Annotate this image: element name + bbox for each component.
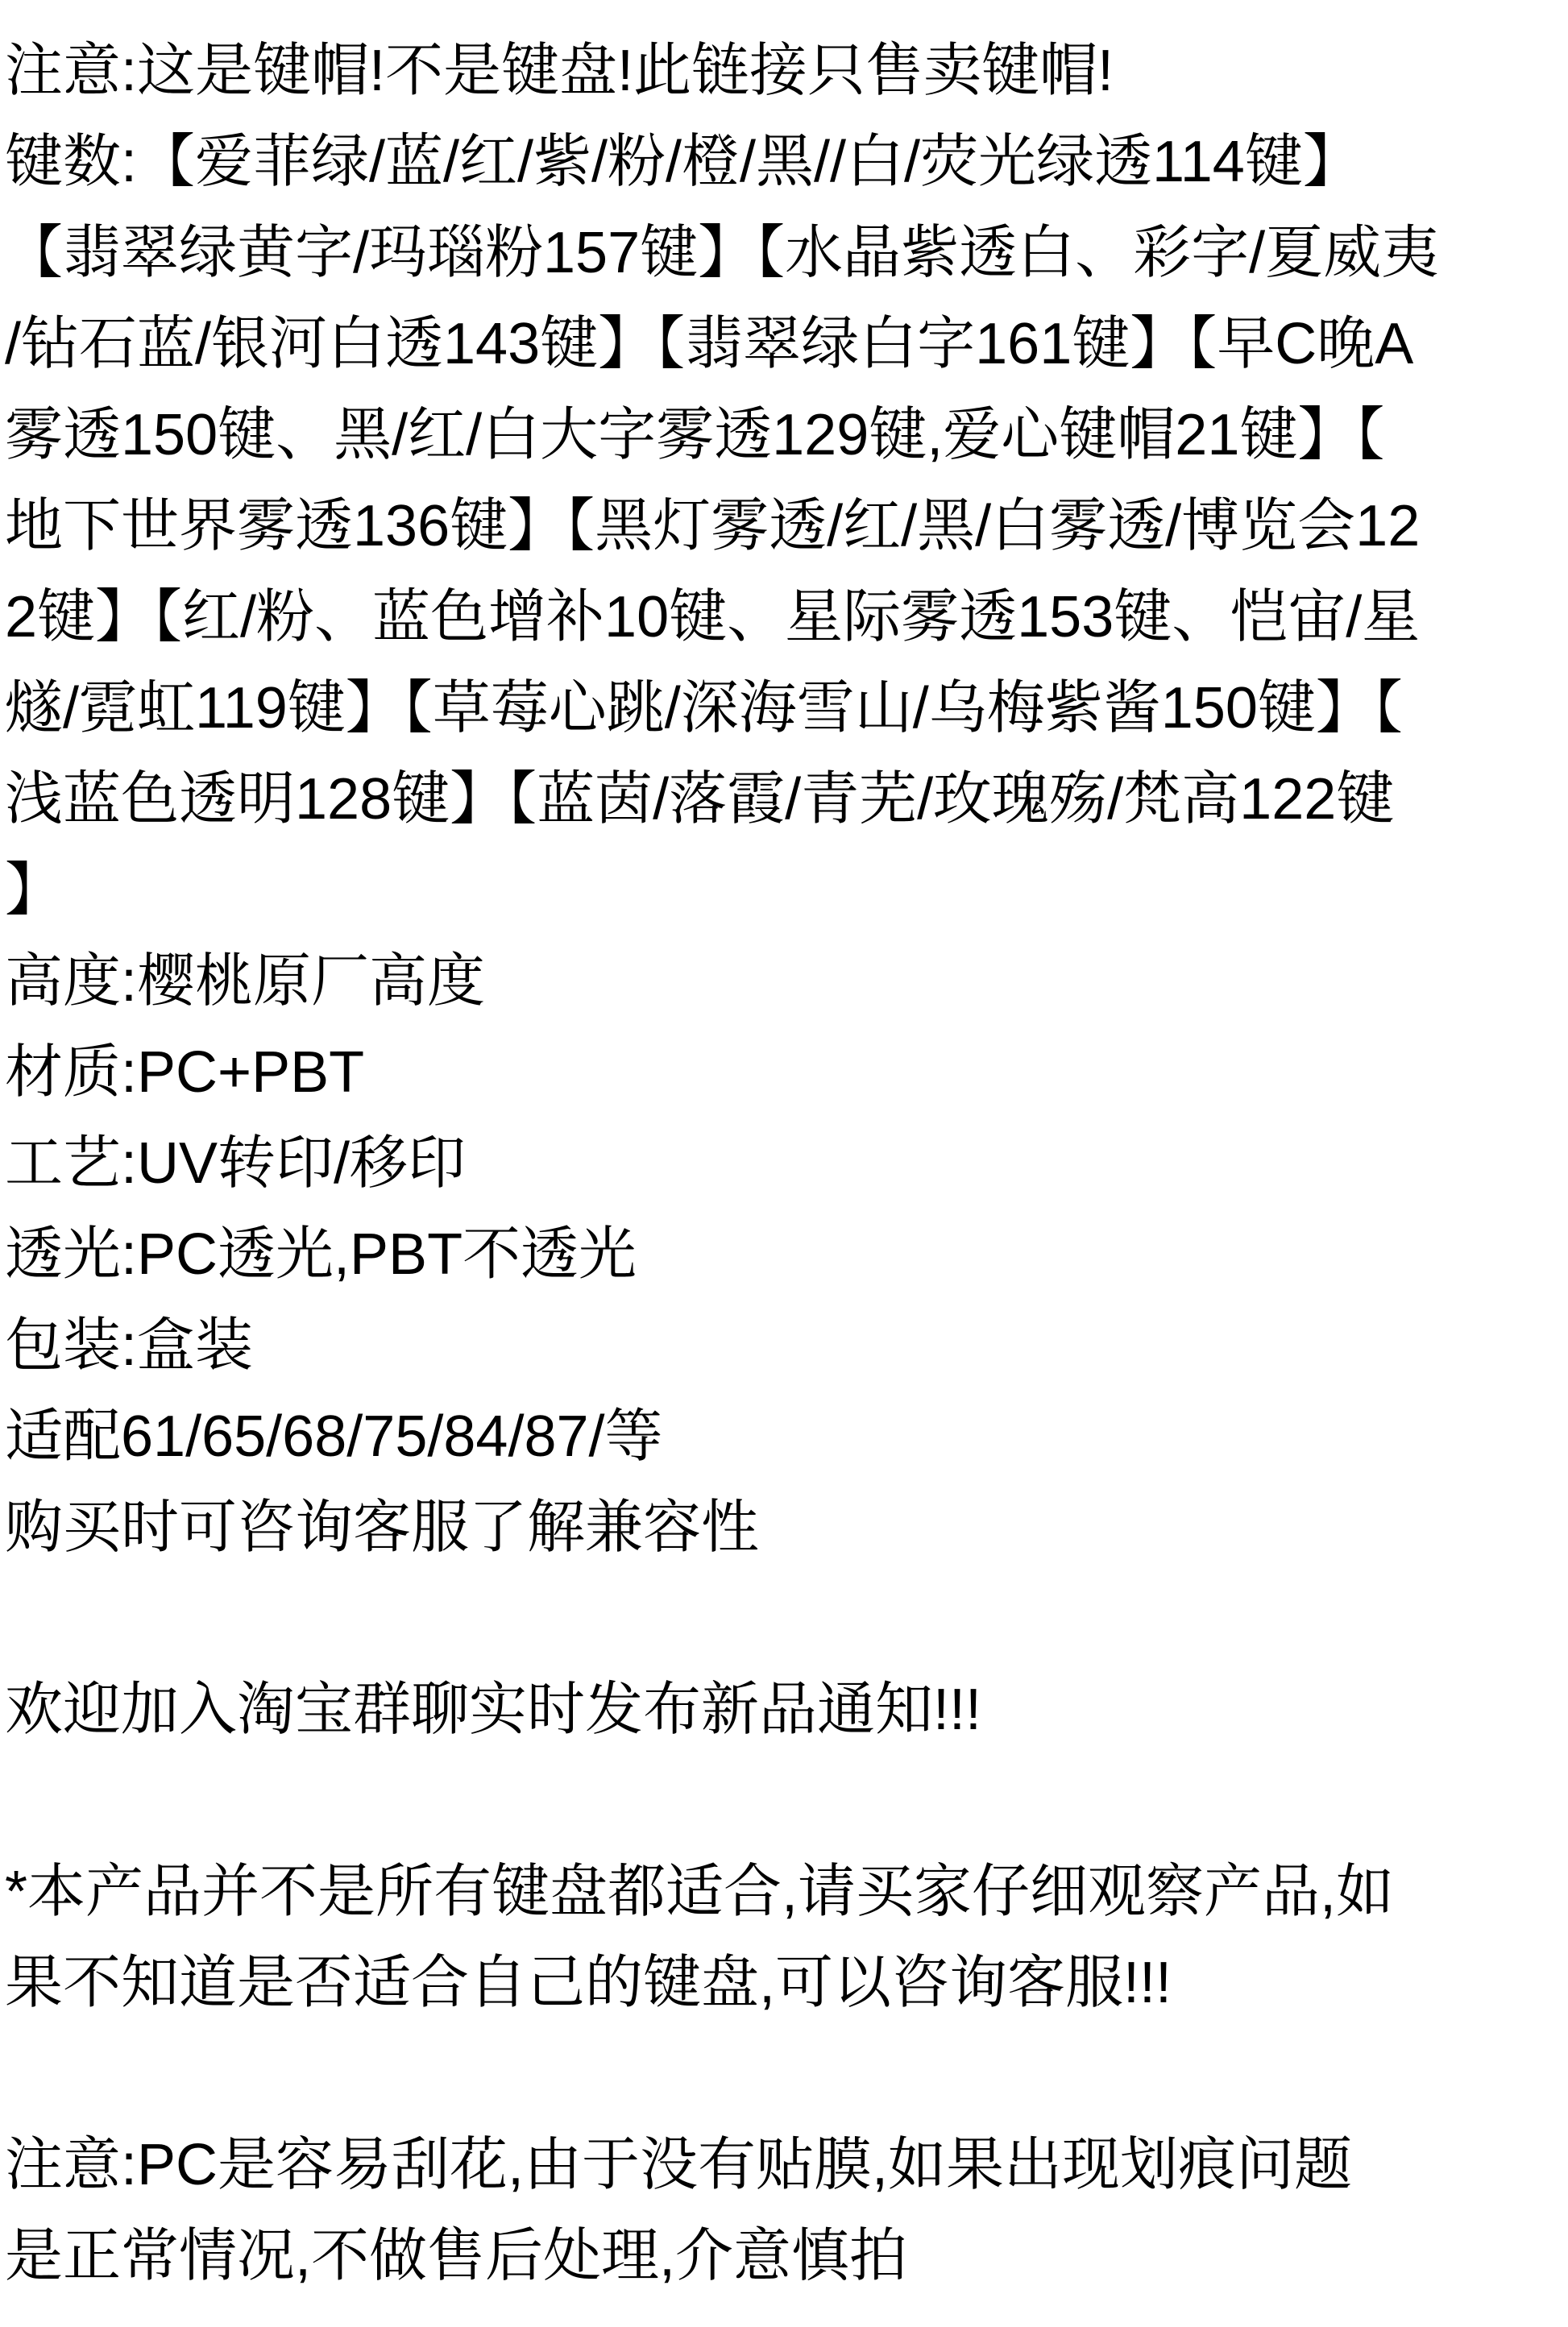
height-line: 高度:樱桃原厂高度 xyxy=(5,936,1563,1027)
section-scratch-warning: 注意:PC是容易刮花,由于没有贴膜,如果出现划痕问题 是正常情况,不做售后处理,… xyxy=(5,2120,1563,2302)
keycount-line: 地下世界雾透136键】【黑灯雾透/红/黑/白雾透/博览会12 xyxy=(5,481,1563,572)
group-invite-line: 欢迎加入淘宝群聊实时发布新品通知!!! xyxy=(5,1665,1563,1756)
material-line: 材质:PC+PBT xyxy=(5,1027,1563,1118)
keycount-line: /钻石蓝/银河白透143键】【翡翠绿白字161键】【早C晚A xyxy=(5,299,1563,390)
keycount-line: 】 xyxy=(5,845,1563,936)
keycount-line: 【翡翠绿黄字/玛瑙粉157键】【水晶紫透白、彩字/夏威夷 xyxy=(5,208,1563,299)
section-group-invite: 欢迎加入淘宝群聊实时发布新品通知!!! xyxy=(5,1665,1563,1756)
consult-line: 购买时可咨询客服了解兼容性 xyxy=(5,1483,1563,1574)
keycount-line: 燧/霓虹119键】【草莓心跳/深海雪山/乌梅紫酱150键】【 xyxy=(5,663,1563,754)
keycount-line: 雾透150键、黑/红/白大字雾透129键,爱心键帽21键】【 xyxy=(5,390,1563,481)
keycount-line: 2键】【红/粉、蓝色增补10键、星际雾透153键、恺宙/星 xyxy=(5,572,1563,663)
section-compatibility-warning: *本产品并不是所有键盘都适合,请买家仔细观察产品,如 果不知道是否适合自己的键盘… xyxy=(5,1847,1563,2029)
scratch-warning-line: 是正常情况,不做售后处理,介意慎拍 xyxy=(5,2211,1563,2302)
warning-line: 果不知道是否适合自己的键盘,可以咨询客服!!! xyxy=(5,1938,1563,2029)
section-specs: 注意:这是键帽!不是键盘!此链接只售卖键帽! 键数:【爱菲绿/蓝/红/紫/粉/橙… xyxy=(5,26,1563,1574)
warning-line: *本产品并不是所有键盘都适合,请买家仔细观察产品,如 xyxy=(5,1847,1563,1938)
process-line: 工艺:UV转印/移印 xyxy=(5,1118,1563,1209)
compatibility-line: 适配61/65/68/75/84/87/等 xyxy=(5,1392,1563,1483)
packaging-line: 包装:盒装 xyxy=(5,1300,1563,1392)
keycount-line: 浅蓝色透明128键】【蓝茵/落霞/青芜/玫瑰殇/梵高122键 xyxy=(5,754,1563,845)
keycount-line: 键数:【爱菲绿/蓝/红/紫/粉/橙/黑//白/荧光绿透114键】 xyxy=(5,117,1563,208)
notice-line: 注意:这是键帽!不是键盘!此链接只售卖键帽! xyxy=(5,26,1563,117)
translucency-line: 透光:PC透光,PBT不透光 xyxy=(5,1209,1563,1300)
product-description: 注意:这是键帽!不是键盘!此链接只售卖键帽! 键数:【爱菲绿/蓝/红/紫/粉/橙… xyxy=(0,0,1568,2302)
scratch-warning-line: 注意:PC是容易刮花,由于没有贴膜,如果出现划痕问题 xyxy=(5,2120,1563,2211)
